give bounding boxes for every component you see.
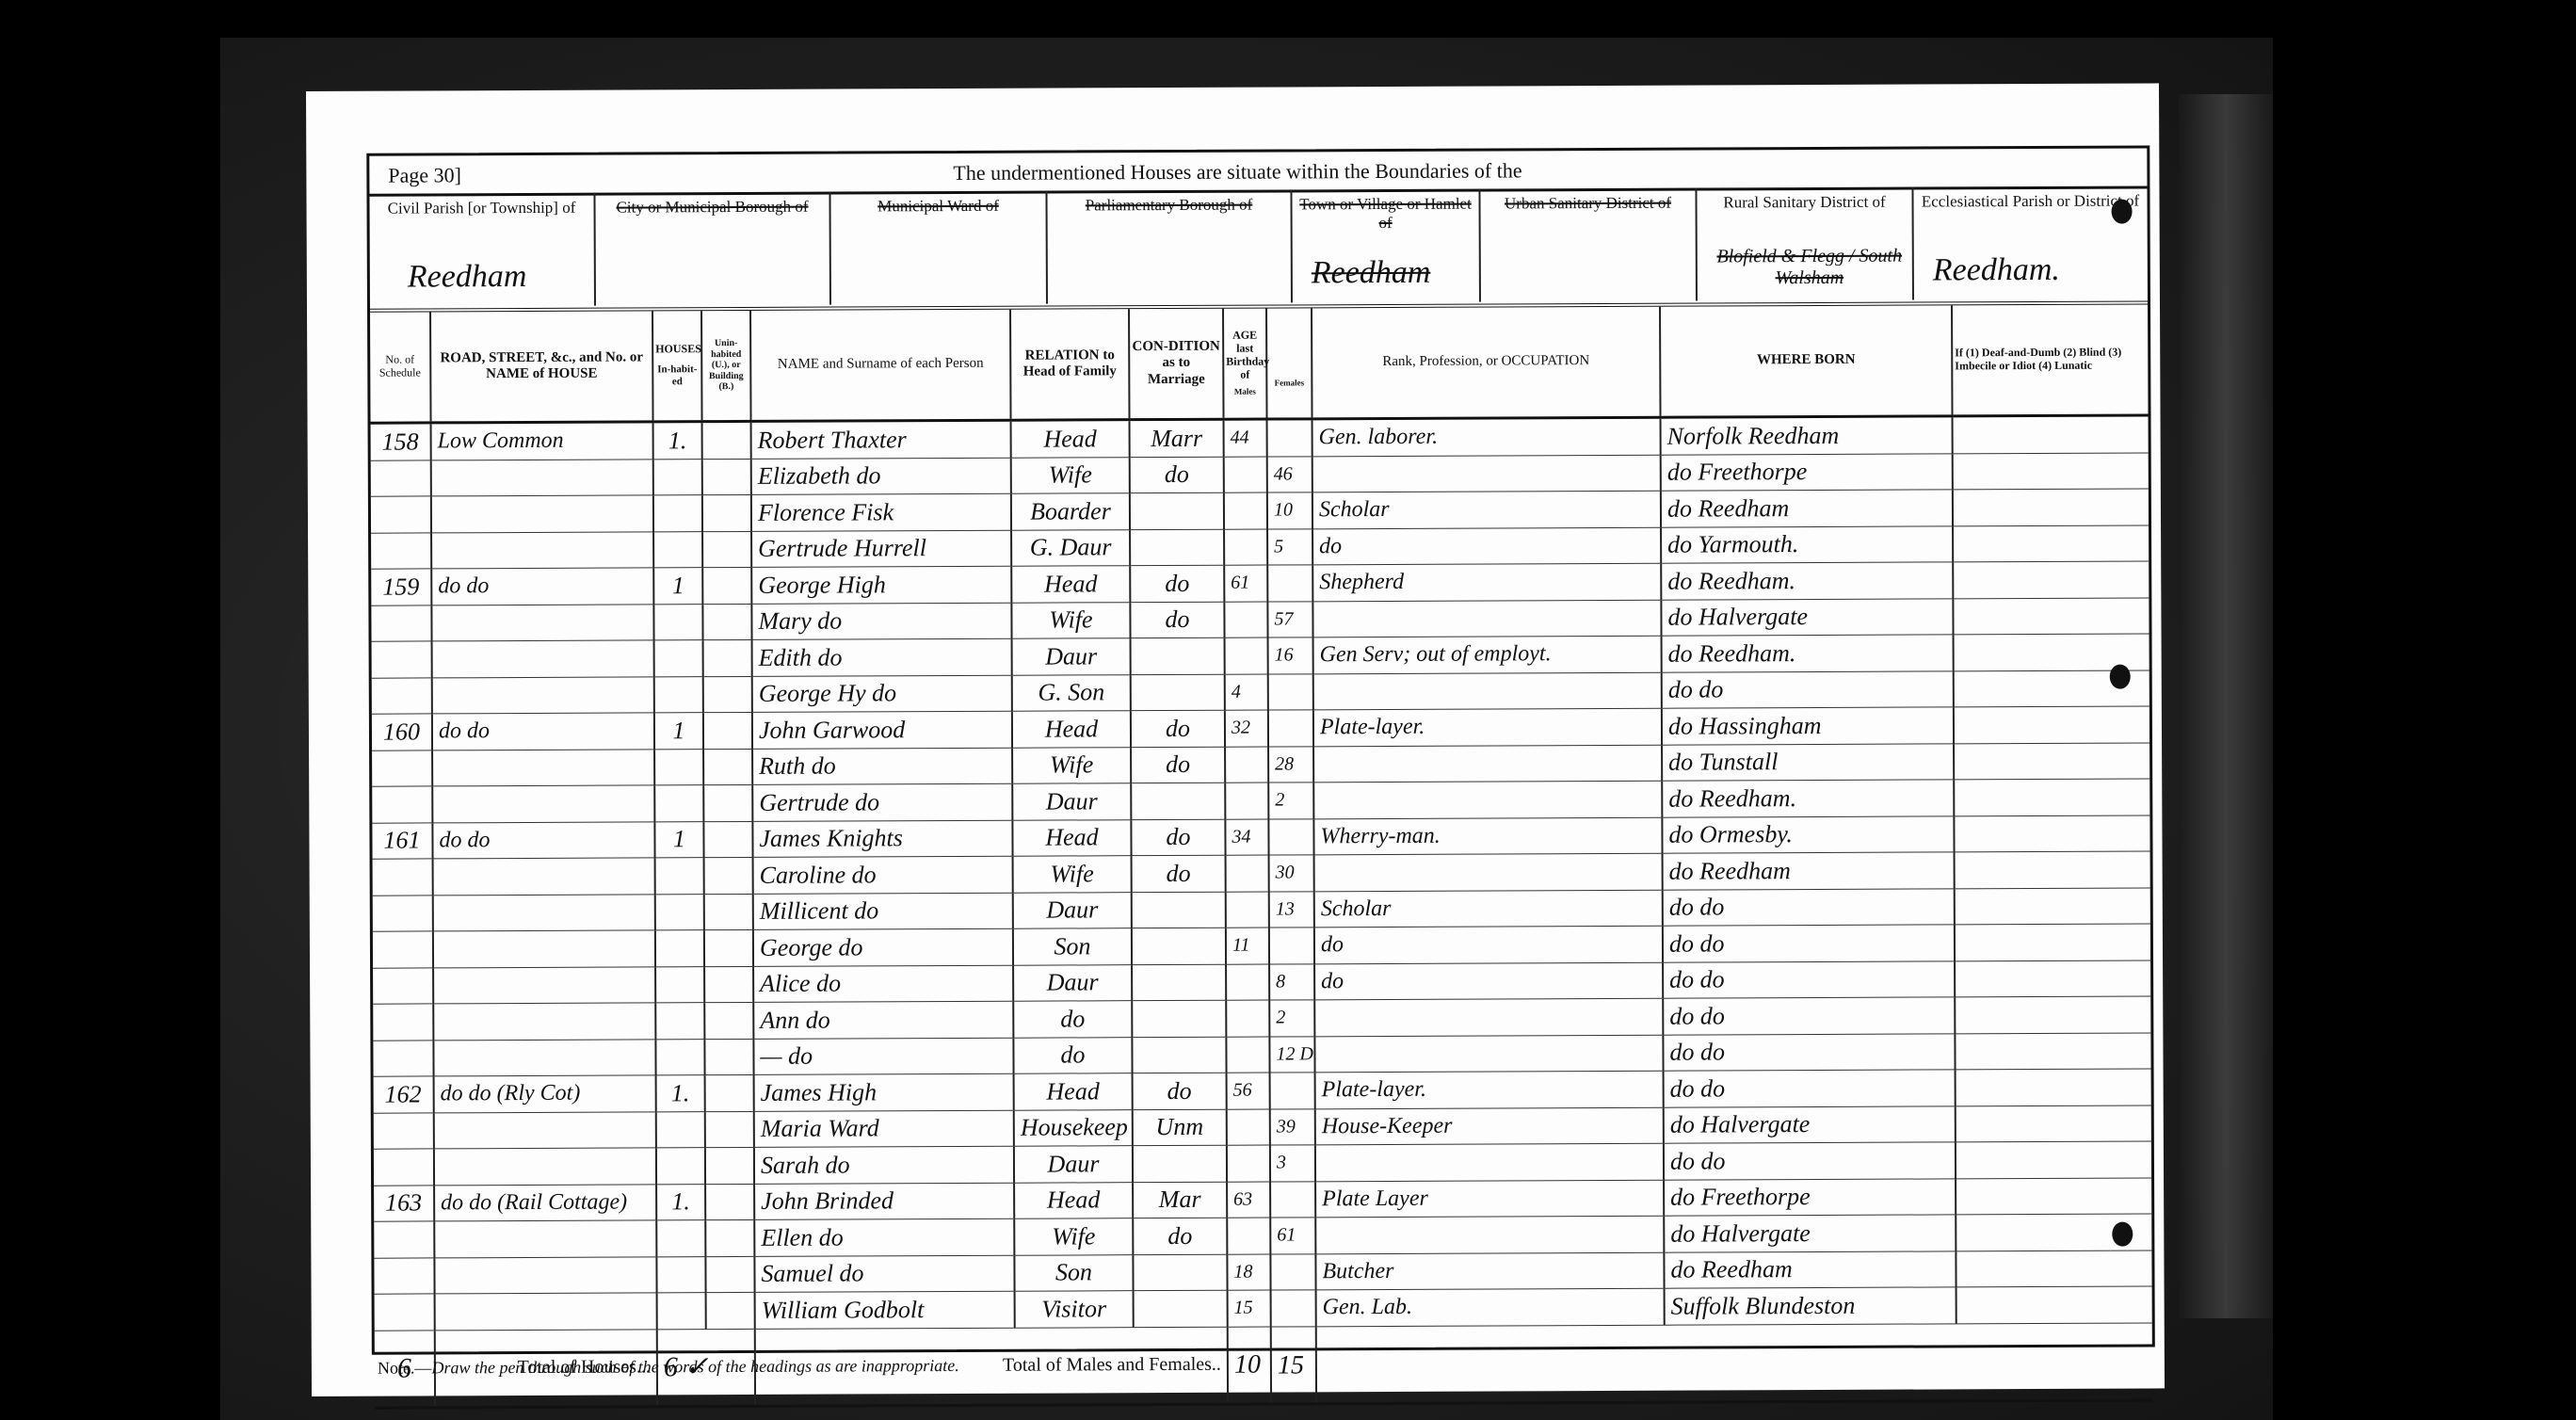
- boundary-heading: The undermentioned Houses are situate wi…: [953, 158, 1521, 186]
- person-name-cell: Ruth do: [752, 748, 1012, 785]
- admin-value: Reedham: [408, 259, 527, 296]
- col-where-born: WHERE BORN: [1660, 305, 1953, 417]
- male-age-cell: [1225, 637, 1268, 674]
- col-name: NAME and Surname of each Person: [750, 310, 1011, 422]
- condition-cell: [1131, 674, 1225, 711]
- where-born-cell: do do: [1663, 960, 1955, 998]
- relation-cell: Daur: [1012, 638, 1131, 675]
- occupation-cell: [1313, 745, 1662, 783]
- condition-cell: do: [1133, 1218, 1227, 1254]
- schedule-cell: [375, 1294, 435, 1331]
- occupation-cell: [1315, 1143, 1664, 1181]
- male-age-cell: [1226, 892, 1269, 928]
- females-label: Females: [1269, 378, 1309, 388]
- person-name-cell: Samuel do: [754, 1255, 1014, 1293]
- person-name-cell: Robert Thaxter: [751, 420, 1011, 459]
- female-age-cell: 30: [1269, 855, 1314, 892]
- female-age-cell: 5: [1267, 528, 1312, 565]
- female-age-cell: 3: [1270, 1145, 1315, 1182]
- relation-cell: Wife: [1014, 1218, 1133, 1255]
- col-inhabited: HOUSESIn-habit-ed: [652, 311, 702, 422]
- infirmity-cell: [1953, 452, 2149, 489]
- female-age-cell: [1270, 1253, 1315, 1290]
- schedule-cell: [374, 1149, 434, 1186]
- where-born-cell: do Yarmouth.: [1661, 525, 1953, 563]
- address-cell: [431, 531, 653, 569]
- condition-cell: Unm: [1133, 1109, 1227, 1146]
- col-age-females: Females: [1266, 308, 1312, 419]
- person-name-cell: George High: [751, 566, 1011, 604]
- infirmity-cell: [1954, 706, 2149, 743]
- schedule-cell: [372, 786, 432, 823]
- occupation-cell: Scholar: [1314, 890, 1663, 928]
- relation-cell: G. Son: [1012, 674, 1131, 711]
- infirmity-cell: [1955, 887, 2150, 924]
- col-infirmity: If (1) Deaf-and-Dumb (2) Blind (3) Imbec…: [1952, 304, 2149, 415]
- person-name-cell: Alice do: [753, 965, 1013, 1003]
- admin-label: Rural Sanitary District of: [1697, 193, 1911, 213]
- inhabited-cell: [653, 495, 702, 532]
- female-age-cell: 28: [1268, 746, 1313, 783]
- male-age-cell: 34: [1225, 819, 1268, 856]
- admin-label: Parliamentary Borough of: [1047, 195, 1290, 215]
- occupation-cell: [1312, 455, 1661, 492]
- inhabited-cell: [657, 1293, 706, 1330]
- where-born-cell: do do: [1663, 925, 1955, 962]
- inhabited-cell: [654, 749, 703, 785]
- relation-cell: Daur: [1012, 783, 1131, 820]
- inhabited-cell: [656, 1111, 705, 1148]
- relation-cell: Head: [1011, 566, 1130, 603]
- person-name-cell: Mary do: [751, 603, 1011, 640]
- address-cell: [431, 459, 653, 496]
- col-schedule: No. of Schedule: [370, 312, 431, 423]
- relation-cell: Daur: [1013, 964, 1132, 1001]
- condition-cell: [1134, 1290, 1228, 1327]
- uninhabited-cell: [705, 1219, 754, 1256]
- schedule-cell: [373, 1040, 433, 1076]
- relation-cell: Wife: [1011, 602, 1130, 638]
- uninhabited-cell: [705, 1184, 754, 1220]
- female-age-cell: 13: [1269, 891, 1314, 928]
- uninhabited-cell: [704, 894, 753, 930]
- female-age-cell: [1267, 419, 1312, 457]
- where-born-cell: do do: [1663, 997, 1955, 1035]
- male-age-cell: 18: [1227, 1254, 1270, 1291]
- female-age-cell: [1270, 1073, 1315, 1109]
- census-table: No. of Schedule ROAD, STREET, &c., and N…: [370, 300, 2152, 1409]
- condition-cell: [1132, 1000, 1226, 1037]
- schedule-cell: [374, 1112, 434, 1149]
- person-name-cell: Edith do: [752, 638, 1012, 676]
- condition-cell: do: [1131, 710, 1225, 747]
- occupation-cell: [1314, 998, 1663, 1036]
- inhabited-cell: 1: [653, 568, 702, 605]
- condition-cell: [1131, 783, 1225, 819]
- uninhabited-cell: [702, 531, 751, 568]
- where-born-cell: do Ormesby.: [1662, 815, 1954, 853]
- occupation-cell: [1313, 781, 1662, 818]
- schedule-cell: [372, 641, 432, 678]
- relation-cell: Head: [1011, 420, 1130, 458]
- ink-blot-icon: [2112, 200, 2133, 224]
- person-name-cell: William Godbolt: [755, 1291, 1015, 1329]
- schedule-cell: 158: [371, 423, 431, 460]
- female-age-cell: [1268, 673, 1313, 710]
- col-relation: RELATION to Head of Family: [1010, 309, 1130, 420]
- occupation-cell: do: [1314, 926, 1663, 963]
- female-age-cell: 61: [1270, 1218, 1315, 1254]
- schedule-cell: [374, 1257, 434, 1294]
- address-cell: do do (Rly Cot): [434, 1075, 656, 1113]
- relation-cell: Head: [1014, 1073, 1133, 1110]
- address-cell: [433, 930, 655, 968]
- schedule-cell: 159: [371, 569, 431, 605]
- female-age-cell: [1271, 1290, 1316, 1327]
- where-born-cell: do do: [1663, 888, 1955, 926]
- total-males: 10: [1228, 1327, 1271, 1404]
- uninhabited-cell: [702, 421, 751, 459]
- schedule-cell: 163: [374, 1185, 434, 1221]
- occupation-cell: Scholar: [1312, 491, 1661, 528]
- occupation-cell: Shepherd: [1312, 563, 1661, 601]
- female-age-cell: 8: [1269, 963, 1314, 1000]
- condition-cell: do: [1130, 565, 1224, 602]
- occupation-cell: Butcher: [1315, 1252, 1664, 1290]
- condition-cell: Mar: [1133, 1182, 1227, 1218]
- condition-cell: [1132, 964, 1226, 1001]
- males-label: Males: [1226, 387, 1264, 397]
- person-name-cell: Caroline do: [753, 856, 1013, 894]
- occupation-cell: Gen Serv; out of employt.: [1313, 636, 1662, 673]
- inhabited-cell: [654, 676, 703, 713]
- female-age-cell: [1268, 710, 1313, 747]
- occupation-cell: Gen. Lab.: [1316, 1288, 1665, 1326]
- infirmity-cell: [1953, 415, 2149, 453]
- col-uninhabited: Unin-habited (U.), or Building (B.): [701, 311, 751, 422]
- male-age-cell: [1227, 1218, 1270, 1254]
- admin-parliamentary-borough: Parliamentary Borough of: [1047, 189, 1293, 303]
- schedule-cell: [371, 532, 431, 569]
- male-age-cell: 4: [1225, 674, 1268, 711]
- inhabited-cell: [655, 1003, 704, 1040]
- male-age-cell: 44: [1224, 419, 1267, 457]
- address-cell: [433, 1003, 655, 1041]
- infirmity-cell: [1953, 597, 2149, 634]
- uninhabited-cell: [704, 1039, 753, 1075]
- person-name-cell: Maria Ward: [754, 1110, 1014, 1148]
- infirmity-cell: [1953, 561, 2149, 598]
- condition-cell: [1132, 928, 1226, 964]
- infirmity-cell: [1956, 1069, 2151, 1105]
- schedule-cell: 161: [372, 822, 432, 859]
- relation-cell: Daur: [1013, 892, 1132, 928]
- relation-cell: Wife: [1011, 457, 1130, 493]
- relation-cell: do: [1013, 1001, 1132, 1038]
- where-born-cell: do Halvergate: [1661, 598, 1953, 636]
- person-name-cell: Gertrude do: [752, 783, 1012, 821]
- inhabited-cell: [653, 531, 702, 568]
- admin-value: Reedham: [1312, 255, 1431, 292]
- administrative-areas: Civil Parish [or Township] of Reedham Ci…: [369, 186, 2148, 306]
- person-name-cell: Ellen do: [754, 1218, 1014, 1256]
- condition-cell: [1130, 492, 1224, 529]
- table-body: 158Low Common1.Robert ThaxterHeadMarr44G…: [371, 415, 2152, 1331]
- address-cell: [434, 1148, 656, 1186]
- address-cell: [431, 495, 653, 533]
- uninhabited-cell: [706, 1292, 755, 1329]
- inhabited-cell: [653, 604, 702, 640]
- male-age-cell: [1226, 964, 1269, 1001]
- uninhabited-cell: [703, 639, 752, 676]
- where-born-cell: do Freethorpe: [1664, 1178, 1956, 1216]
- houses-group-label: HOUSES: [655, 344, 699, 357]
- condition-cell: Marr: [1130, 419, 1224, 457]
- male-age-cell: [1226, 855, 1269, 892]
- address-cell: [434, 1220, 656, 1258]
- where-born-cell: do Reedham: [1661, 490, 1953, 527]
- where-born-cell: do Reedham: [1663, 852, 1955, 890]
- schedule-cell: [373, 895, 433, 931]
- address-cell: do do: [431, 568, 653, 605]
- where-born-cell: do Halvergate: [1664, 1215, 1956, 1252]
- where-born-cell: do Reedham: [1664, 1251, 1956, 1288]
- occupation-cell: [1314, 1035, 1663, 1073]
- inhabited-cell: [655, 858, 704, 895]
- male-age-cell: [1225, 747, 1268, 783]
- address-cell: [435, 1293, 657, 1331]
- admin-label: Urban Sanitary District of: [1480, 194, 1695, 214]
- admin-value: Reedham.: [1933, 252, 2060, 289]
- address-cell: [432, 640, 654, 678]
- col-address: ROAD, STREET, &c., and No. or NAME of HO…: [430, 311, 653, 423]
- schedule-cell: [373, 967, 433, 1004]
- female-age-cell: 46: [1267, 456, 1312, 492]
- uninhabited-cell: [703, 676, 752, 713]
- occupation-cell: Plate-layer.: [1313, 708, 1662, 746]
- person-name-cell: John Brinded: [754, 1183, 1014, 1220]
- female-age-cell: 16: [1268, 637, 1313, 674]
- relation-cell: Visitor: [1015, 1291, 1134, 1328]
- address-cell: [433, 858, 655, 896]
- uninhabited-cell: [703, 821, 752, 858]
- census-form-frame: Page 30] The undermentioned Houses are s…: [366, 145, 2155, 1354]
- page-number: Page 30]: [388, 163, 461, 187]
- where-born-cell: do Tunstall: [1662, 743, 1954, 781]
- where-born-cell: do Freethorpe: [1661, 453, 1953, 491]
- address-cell: do do: [432, 713, 654, 750]
- schedule-cell: [374, 1221, 434, 1258]
- address-cell: [432, 785, 654, 823]
- address-cell: Low Common: [431, 422, 653, 460]
- person-name-cell: Elizabeth do: [751, 458, 1011, 495]
- male-age-cell: 56: [1227, 1073, 1270, 1109]
- note-prefix: Note.—: [378, 1358, 432, 1377]
- relation-cell: Son: [1014, 1254, 1133, 1291]
- address-cell: do do (Rail Cottage): [434, 1184, 656, 1221]
- condition-cell: [1131, 637, 1225, 674]
- person-name-cell: George do: [753, 928, 1013, 966]
- male-age-cell: [1224, 457, 1267, 493]
- infirmity-cell: [1953, 524, 2149, 561]
- schedule-cell: [373, 931, 433, 968]
- uninhabited-cell: [703, 712, 752, 749]
- admin-label: City or Municipal Borough of: [595, 198, 829, 218]
- relation-cell: Housekeep: [1014, 1109, 1133, 1146]
- admin-civil-parish: Civil Parish [or Township] of Reedham: [369, 193, 596, 307]
- male-age-cell: 63: [1227, 1182, 1270, 1218]
- person-name-cell: John Garwood: [752, 711, 1012, 749]
- male-age-cell: [1226, 1037, 1269, 1073]
- infirmity-cell: [1956, 1105, 2151, 1141]
- condition-cell: do: [1131, 747, 1225, 783]
- condition-cell: [1132, 1037, 1226, 1073]
- uninhabited-cell: [703, 784, 752, 821]
- occupation-cell: [1313, 672, 1662, 710]
- form-note: Note.—Draw the pen through such of the w…: [378, 1356, 959, 1379]
- uninhabited-cell: [704, 1002, 753, 1039]
- where-born-cell: do Halvergate: [1664, 1105, 1956, 1143]
- relation-cell: G. Daur: [1011, 529, 1130, 566]
- address-cell: [433, 966, 655, 1004]
- age-group-label: AGE last Birthday of: [1226, 330, 1264, 381]
- occupation-cell: [1314, 853, 1663, 891]
- male-age-cell: [1227, 1109, 1270, 1146]
- occupation-cell: Plate-layer.: [1315, 1071, 1664, 1108]
- condition-cell: do: [1130, 457, 1224, 493]
- infirmity-cell: [1955, 960, 2150, 996]
- inhabited-cell: [656, 1148, 705, 1185]
- person-name-cell: George Hy do: [752, 675, 1012, 713]
- where-born-cell: do Reedham.: [1662, 635, 1954, 672]
- condition-cell: [1133, 1145, 1227, 1182]
- relation-cell: Daur: [1014, 1146, 1133, 1183]
- inhabited-cell: [653, 459, 702, 495]
- female-age-cell: [1269, 928, 1314, 964]
- schedule-cell: 160: [372, 714, 432, 750]
- uninhabited-cell: [704, 929, 753, 966]
- male-age-cell: 61: [1224, 565, 1267, 602]
- infirmity-cell: [1954, 779, 2149, 815]
- ink-blot-icon: [2110, 665, 2131, 689]
- address-cell: [433, 894, 655, 931]
- where-born-cell: do do: [1664, 1070, 1956, 1107]
- female-age-cell: 57: [1267, 601, 1312, 637]
- uninhabited-cell: [705, 1256, 754, 1293]
- admin-municipal-ward: Municipal Ward of: [830, 191, 1048, 305]
- address-cell: [432, 676, 654, 714]
- inhabited-cell: 1: [654, 713, 703, 750]
- relation-cell: Head: [1012, 819, 1131, 856]
- where-born-cell: do do: [1664, 1142, 1956, 1180]
- inhabited-cell: [656, 1220, 705, 1257]
- relation-cell: Son: [1013, 928, 1132, 965]
- male-age-cell: [1224, 492, 1267, 529]
- male-age-cell: 15: [1228, 1290, 1271, 1327]
- occupation-cell: House-Keeper: [1315, 1107, 1664, 1145]
- uninhabited-cell: [705, 1111, 754, 1148]
- person-name-cell: Gertrude Hurrell: [751, 530, 1011, 568]
- where-born-cell: Norfolk Reedham: [1661, 416, 1953, 455]
- person-name-cell: Florence Fisk: [751, 493, 1011, 531]
- relation-cell: Wife: [1013, 856, 1132, 893]
- male-age-cell: [1225, 783, 1268, 819]
- address-cell: [433, 1039, 655, 1076]
- person-name-cell: Millicent do: [753, 893, 1013, 930]
- admin-label: Municipal Ward of: [830, 197, 1045, 217]
- relation-cell: Wife: [1012, 747, 1131, 783]
- occupation-cell: Wherry-man.: [1313, 817, 1662, 855]
- uninhabited-cell: [703, 749, 752, 785]
- admin-town-village: Town or Village or Hamlet of Reedham: [1292, 189, 1481, 303]
- occupation-cell: do: [1314, 962, 1663, 1000]
- female-age-cell: 2: [1268, 783, 1313, 819]
- infirmity-cell: [1956, 1250, 2151, 1286]
- uninhabited-cell: [704, 966, 753, 1003]
- male-age-cell: 11: [1226, 928, 1269, 964]
- where-born-cell: Suffolk Blundeston: [1665, 1287, 1956, 1325]
- admin-municipal-borough: City or Municipal Borough of: [595, 192, 831, 306]
- inhabited-cell: [654, 640, 703, 677]
- schedule-cell: [371, 496, 431, 533]
- condition-cell: do: [1131, 819, 1225, 856]
- uninhabited-cell: [702, 459, 751, 495]
- infirmity-cell: [1955, 924, 2150, 960]
- infirmity-cell: [1956, 1141, 2151, 1178]
- condition-cell: [1133, 1254, 1227, 1291]
- schedule-cell: [372, 750, 432, 786]
- person-name-cell: James High: [754, 1073, 1014, 1111]
- address-cell: [431, 604, 653, 641]
- inhabited-cell: 1.: [653, 422, 702, 460]
- schedule-cell: [373, 859, 433, 896]
- schedule-cell: [371, 460, 431, 496]
- ink-blot-icon: [2112, 1222, 2133, 1247]
- occupation-cell: [1312, 600, 1661, 637]
- col-occupation: Rank, Profession, or OCCUPATION: [1312, 307, 1661, 419]
- relation-cell: Head: [1014, 1182, 1133, 1218]
- address-cell: [434, 1111, 656, 1149]
- table-header-row: No. of Schedule ROAD, STREET, &c., and N…: [370, 304, 2148, 423]
- uninhabited-cell: [704, 857, 753, 894]
- schedule-cell: 162: [374, 1076, 434, 1113]
- female-age-cell: [1267, 565, 1312, 602]
- inhabited-cell: [655, 894, 704, 930]
- infirmity-cell: [1955, 851, 2150, 888]
- address-cell: [432, 749, 654, 786]
- admin-ecclesiastical-parish: Ecclesiastical Parish or District of Ree…: [1913, 186, 2148, 299]
- male-age-cell: [1224, 529, 1267, 566]
- female-age-cell: 2: [1269, 1000, 1314, 1037]
- inhabited-cell: 1.: [656, 1184, 705, 1220]
- infirmity-cell: [1954, 815, 2149, 851]
- address-cell: do do: [432, 821, 654, 859]
- infirmity-cell: [1954, 742, 2149, 779]
- relation-cell: Head: [1012, 711, 1131, 748]
- female-age-cell: [1270, 1181, 1315, 1218]
- inhabited-cell: [656, 1256, 705, 1293]
- male-age-cell: [1224, 602, 1267, 638]
- condition-cell: do: [1133, 1073, 1227, 1109]
- relation-cell: do: [1013, 1037, 1132, 1073]
- note-text: Draw the pen through such of the words o…: [431, 1356, 958, 1377]
- occupation-cell: Gen. laborer.: [1312, 417, 1661, 456]
- infirmity-cell: [1953, 489, 2149, 525]
- admin-label: Town or Village or Hamlet of: [1292, 195, 1478, 234]
- condition-cell: [1130, 529, 1224, 566]
- occupation-cell: Plate Layer: [1315, 1180, 1664, 1218]
- occupation-cell: do: [1312, 527, 1661, 565]
